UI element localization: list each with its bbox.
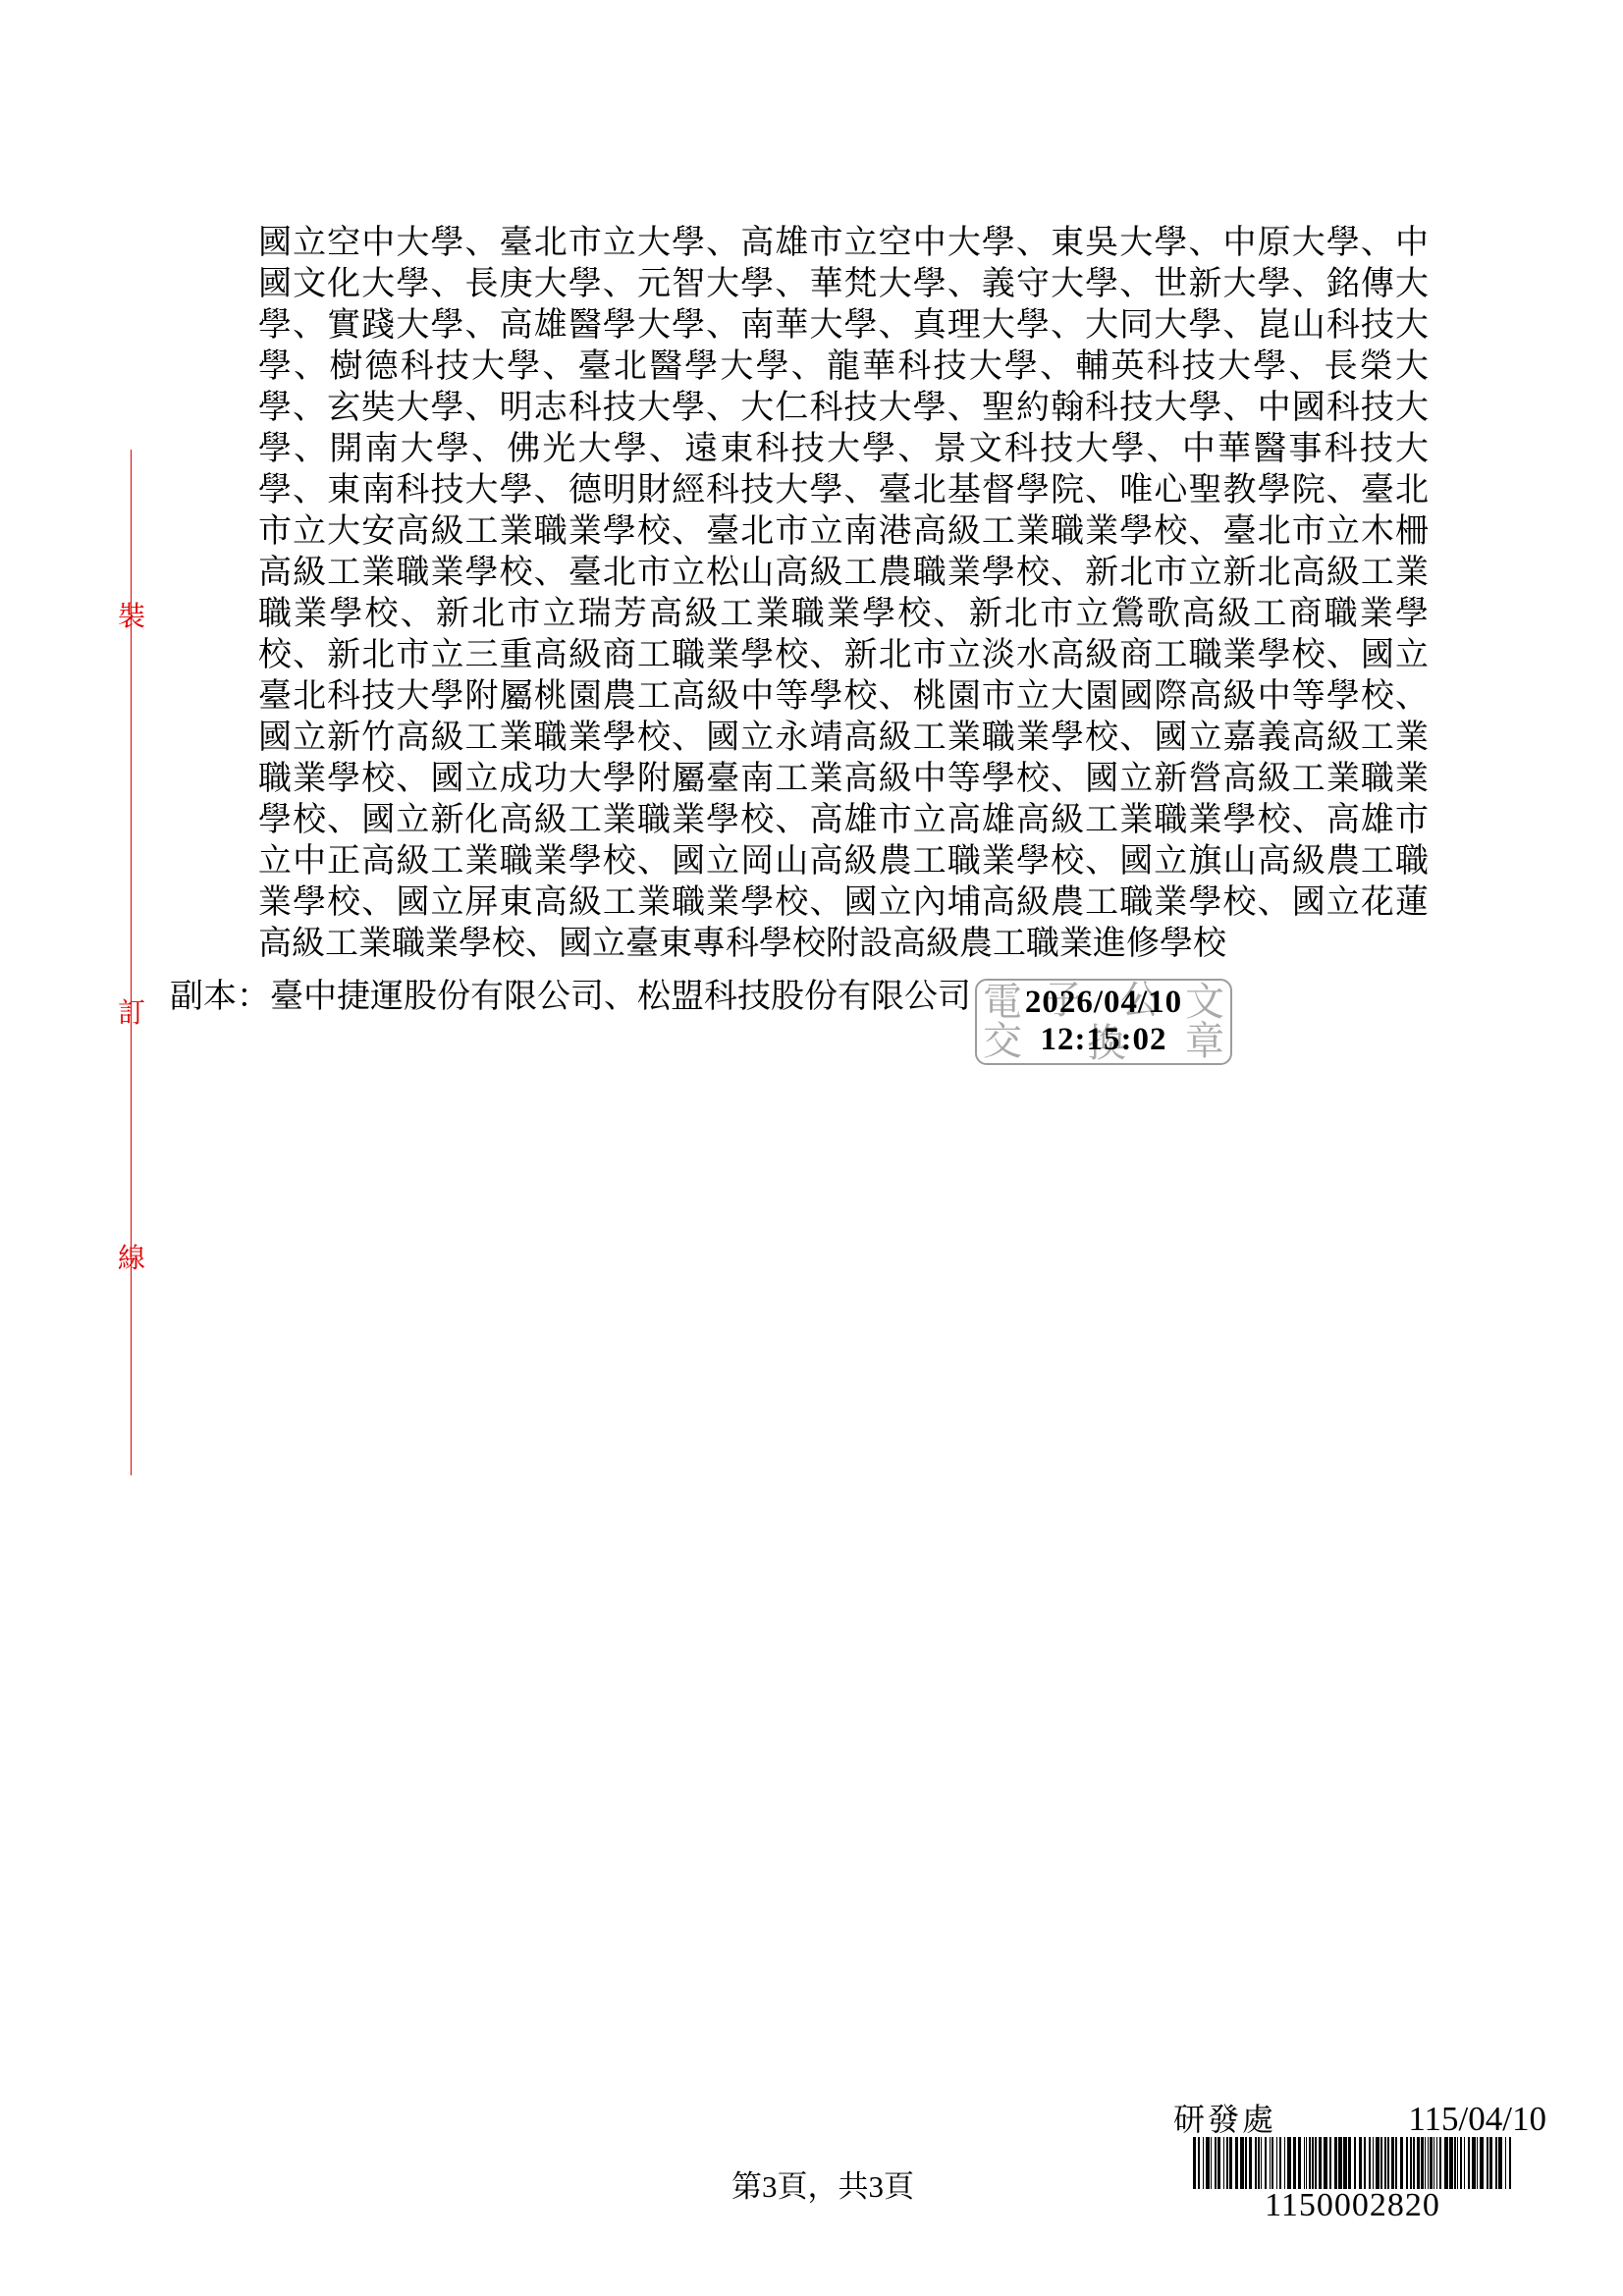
footer-roc-date: 115/04/10 — [1404, 2103, 1546, 2136]
body-text-line: 職業學校、國立成功大學附屬臺南工業高級中等學校、國立新營高級工業職業 — [258, 759, 1429, 800]
binding-char-zhuang: 裝 — [117, 603, 146, 632]
body-text-line: 學、玄奘大學、明志科技大學、大仁科技大學、聖約翰科技大學、中國科技大 — [258, 388, 1429, 429]
body-text: 國立空中大學、臺北市立大學、高雄市立空中大學、東吳大學、中原大學、中國文化大學、… — [258, 223, 1429, 965]
binding-char-xian: 線 — [117, 1245, 146, 1274]
document-page: 裝 訂 線 國立空中大學、臺北市立大學、高雄市立空中大學、東吳大學、中原大學、中… — [0, 0, 1623, 2296]
copy-recipients: 臺中捷運股份有限公司、松盟科技股份有限公司 — [270, 979, 971, 1015]
body-text-line: 國立空中大學、臺北市立大學、高雄市立空中大學、東吳大學、中原大學、中 — [258, 223, 1429, 264]
body-text-line: 業學校、國立屏東高級工業職業學校、國立內埔高級農工職業學校、國立花蓮 — [258, 882, 1429, 924]
body-text-line: 國立新竹高級工業職業學校、國立永靖高級工業職業學校、國立嘉義高級工業 — [258, 718, 1429, 759]
stamp-date: 2026/04/10 — [977, 985, 1230, 1020]
barcode-number: 1150002820 — [1193, 2188, 1512, 2223]
body-text-line: 職業學校、新北市立瑞芳高級工業職業學校、新北市立鶯歌高級工商職業學 — [258, 594, 1429, 635]
body-text-line: 市立大安高級工業職業學校、臺北市立南港高級工業職業學校、臺北市立木柵 — [258, 511, 1429, 553]
body-text-line: 高級工業職業學校、臺北市立松山高級工農職業學校、新北市立新北高級工業 — [258, 553, 1429, 594]
body-text-line: 學、實踐大學、高雄醫學大學、南華大學、真理大學、大同大學、崑山科技大 — [258, 305, 1429, 347]
body-text-line: 高級工業職業學校、國立臺東專科學校附設高級農工職業進修學校 — [258, 924, 1429, 965]
binding-char-ding: 訂 — [117, 999, 146, 1029]
body-text-line: 國文化大學、長庚大學、元智大學、華梵大學、義守大學、世新大學、銘傳大 — [258, 264, 1429, 305]
copy-label: 副本： — [170, 979, 270, 1015]
body-text-line: 學、東南科技大學、德明財經科技大學、臺北基督學院、唯心聖教學院、臺北 — [258, 470, 1429, 511]
electronic-exchange-stamp: 電 子 公 文 交 換 章 2026/04/10 12:15:02 — [975, 979, 1232, 1065]
barcode — [1193, 2137, 1512, 2189]
body-text-line: 立中正高級工業職業學校、國立岡山高級農工職業學校、國立旗山高級農工職 — [258, 841, 1429, 882]
department-label: 研發處 — [1173, 2103, 1276, 2136]
stamp-time: 12:15:02 — [977, 1022, 1230, 1057]
barcode-bar — [1511, 2137, 1514, 2189]
body-text-line: 學、開南大學、佛光大學、遠東科技大學、景文科技大學、中華醫事科技大 — [258, 429, 1429, 470]
page-indicator: 第3頁，共3頁 — [731, 2169, 914, 2205]
body-text-line: 臺北科技大學附屬桃園農工高級中等學校、桃園市立大園國際高級中等學校、 — [258, 676, 1429, 718]
body-text-line: 學、樹德科技大學、臺北醫學大學、龍華科技大學、輔英科技大學、長榮大 — [258, 347, 1429, 388]
body-text-line: 校、新北市立三重高級商工職業學校、新北市立淡水高級商工職業學校、國立 — [258, 635, 1429, 676]
body-text-line: 學校、國立新化高級工業職業學校、高雄市立高雄高級工業職業學校、高雄市 — [258, 800, 1429, 841]
